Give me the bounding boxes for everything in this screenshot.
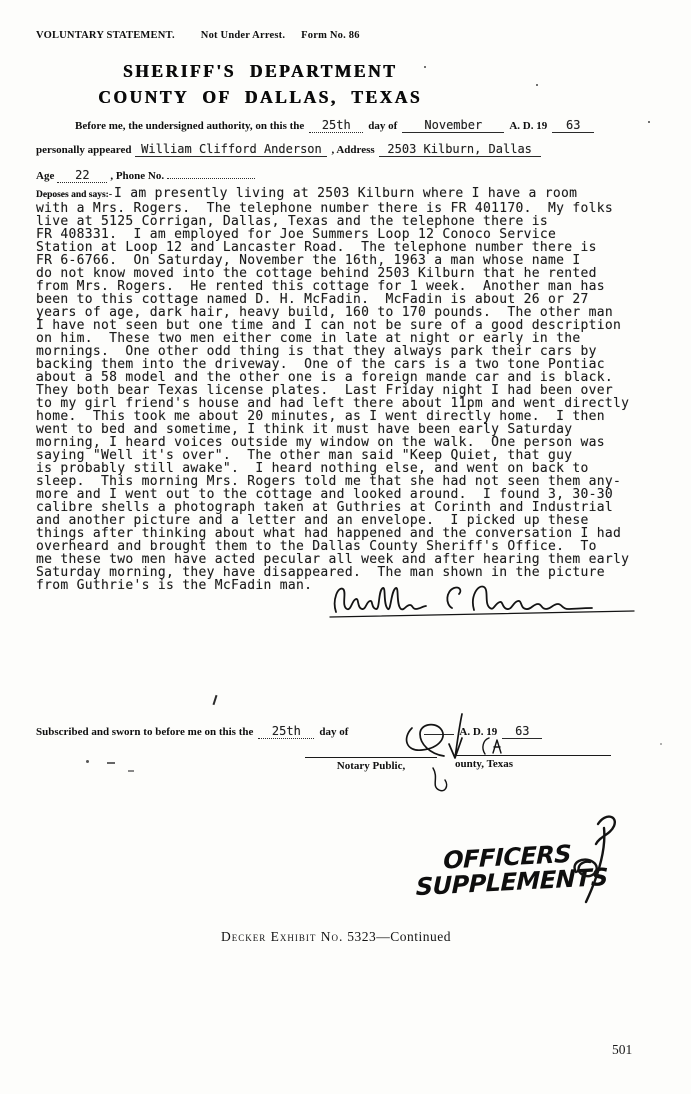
address-label: , Address (331, 144, 374, 156)
document-title: SHERIFF'S DEPARTMENT COUNTY OF DALLAS, T… (36, 58, 484, 110)
sworn-dayof-label: day of (319, 726, 348, 738)
form-header: VOLUNTARY STATEMENT.Not Under Arrest.For… (36, 30, 360, 41)
phone-blank (167, 166, 255, 179)
age-value: 22 (57, 169, 107, 183)
county-handwriting-mark (478, 736, 508, 758)
oath-ad-label: A. D. 19 (509, 120, 547, 132)
notary-signature-rule (305, 745, 437, 758)
deponent-signature (328, 580, 638, 631)
form-number-label: Form No. 86 (301, 30, 359, 41)
county-area: ounty, Texas (453, 741, 611, 770)
title-line-2: COUNTY OF DALLAS, TEXAS (36, 84, 484, 110)
signature-drawing (328, 580, 638, 626)
scan-speck (536, 84, 538, 86)
arrest-status-label: Not Under Arrest. (201, 30, 285, 41)
statement-line: Deposes and says:-I am presently living … (36, 187, 661, 202)
oath-line: Before me, the undersigned authority, on… (75, 119, 594, 133)
county-rule (453, 741, 611, 756)
exhibit-caption-suffix: 5323—Continued (347, 929, 451, 944)
sworn-year-value: 63 (502, 725, 542, 739)
oath-year-value: 63 (552, 119, 594, 133)
age-line: Age 22 , Phone No. (36, 166, 255, 183)
notary-signature-area: Notary Public, (305, 745, 437, 772)
scan-speck (424, 66, 426, 68)
exhibit-caption: Decker Exhibit No. 5323—Continued (36, 929, 636, 945)
scan-speck (660, 743, 662, 745)
pen-tick-mark (213, 695, 218, 705)
exhibit-caption-prefix: Decker Exhibit No. (221, 929, 343, 944)
sworn-prefix-label: Subscribed and sworn to before me on thi… (36, 726, 253, 738)
scan-speck (648, 121, 650, 123)
notary-pen-flourish (428, 766, 454, 794)
title-line-1: SHERIFF'S DEPARTMENT (36, 58, 484, 84)
address-value: 2503 Kilburn, Dallas (379, 143, 541, 157)
age-label: Age (36, 170, 54, 182)
appeared-line: personally appeared William Clifford And… (36, 143, 541, 157)
oath-dayof-label: day of (368, 120, 397, 132)
scan-speck (128, 770, 134, 772)
stamp-pen-flourish (560, 810, 624, 906)
form-type-label: VOLUNTARY STATEMENT. (36, 30, 175, 41)
appeared-label: personally appeared (36, 144, 131, 156)
statement-line-text: I am presently living at 2503 Kilburn wh… (114, 186, 577, 201)
oath-day-value: 25th (309, 119, 363, 133)
sworn-day-value: 25th (258, 725, 314, 739)
deponent-name-value: William Clifford Anderson (135, 143, 327, 157)
statement-body: Deposes and says:-I am presently living … (36, 187, 661, 592)
scan-speck (107, 762, 115, 764)
oath-month-value: November (402, 119, 504, 133)
document-page: VOLUNTARY STATEMENT.Not Under Arrest.For… (0, 0, 691, 1094)
phone-label: , Phone No. (110, 170, 164, 182)
scan-speck (86, 760, 89, 763)
page-number: 501 (612, 1042, 632, 1058)
oath-prefix-label: Before me, the undersigned authority, on… (75, 120, 304, 132)
county-label: ounty, Texas (453, 758, 611, 770)
notary-public-label: Notary Public, (305, 760, 437, 772)
